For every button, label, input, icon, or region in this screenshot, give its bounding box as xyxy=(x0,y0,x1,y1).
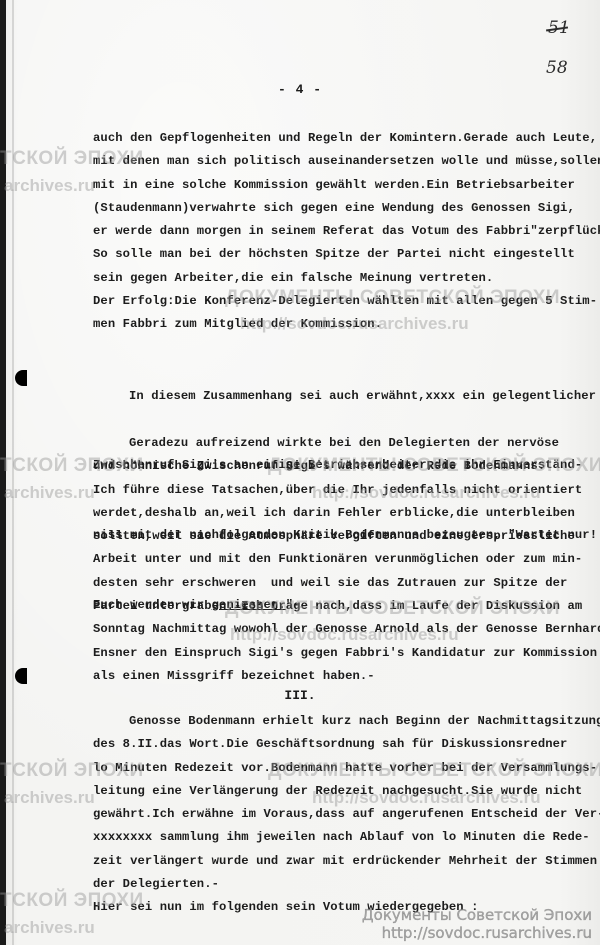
text-line: Der Erfolg:Die Konferenz-Delegierten wäh… xyxy=(93,290,593,313)
text-line: sein gegen Arbeiter,die ein falsche Mein… xyxy=(93,267,593,290)
text-line: sollten,weil sie die Atmosphäre vergifte… xyxy=(93,525,593,548)
scanned-page: 51 58 - 4 - auch den Gepflogenheiten und… xyxy=(0,0,600,945)
text-line: gewährt.Ich erwähne im Voraus,dass auf a… xyxy=(93,803,593,826)
text-line: auch den Gepflogenheiten und Regeln der … xyxy=(93,127,593,150)
text-line: zeit verlängert wurde und zwar mit erdrü… xyxy=(93,850,593,873)
text-line: der Delegierten.- xyxy=(93,873,593,896)
text-line: desten sehr erschweren und weil sie das … xyxy=(93,572,593,595)
text-line: Geradezu aufreizend wirkte bei den Deleg… xyxy=(93,432,593,455)
text-line: und höhnische Zwischenruf Sigi's während… xyxy=(93,455,593,478)
text-line: Arbeit unter und mit den Funktionären ve… xyxy=(93,548,593,571)
text-line: er werde dann morgen in seinem Referat d… xyxy=(93,220,593,243)
punch-hole-icon xyxy=(15,370,27,386)
text-line: xxxxxxxx sammlung ihm jeweilen nach Abla… xyxy=(93,826,593,849)
watermark-url: archives.ru xyxy=(4,918,95,938)
text-line: Genosse Bodenmann erhielt kurz nach Begi… xyxy=(93,710,593,733)
text-line: Ich führe diese Tatsachen,über die Ihr j… xyxy=(93,479,593,502)
text-line: (Staudenmann)verwahrte sich gegen eine W… xyxy=(93,197,593,220)
paragraph-komintern: auch den Gepflogenheiten und Regeln der … xyxy=(93,127,593,337)
text-line: Partei untergraben.-Ich trage nach,dass … xyxy=(93,595,593,618)
archive-number-current: 58 xyxy=(546,58,568,78)
scan-border xyxy=(0,0,6,945)
page-fold xyxy=(12,0,14,945)
text-line: mit in eine solche Kommission gewählt we… xyxy=(93,174,593,197)
text-line: des 8.II.das Wort.Die Geschäftsordnung s… xyxy=(93,733,593,756)
text-line: Sonntag Nachmittag wowohl der Genosse Ar… xyxy=(93,618,593,641)
paragraph-geradezu: Geradezu aufreizend wirkte bei den Deleg… xyxy=(93,432,593,688)
page-number: - 4 - xyxy=(0,82,600,97)
watermark-url: archives.ru xyxy=(4,483,95,503)
watermark-url: archives.ru xyxy=(4,788,95,808)
text-line: In diesem Zusammenhang sei auch erwähnt,… xyxy=(93,385,593,408)
archive-number-struck: 51 xyxy=(548,18,570,38)
watermark-url: archives.ru xyxy=(4,176,95,196)
text-line: werdet,deshalb an,weil ich darin Fehler … xyxy=(93,502,593,525)
footer-watermark-title: Документы Советской Эпохи xyxy=(362,906,592,924)
punch-hole-icon xyxy=(15,668,27,684)
text-line: So solle man bei der höchsten Spitze der… xyxy=(93,243,593,266)
text-line: Ensner den Einspruch Sigi's gegen Fabbri… xyxy=(93,642,593,665)
text-line: men Fabbri zum Mitglied der Kommission. xyxy=(93,313,593,336)
text-line: lo Minuten Redezeit vor.Bodenmann hatte … xyxy=(93,757,593,780)
footer-watermark-url: http://sovdoc.rusarchives.ru xyxy=(382,924,592,942)
paragraph-section-3: Genosse Bodenmann erhielt kurz nach Begi… xyxy=(93,710,593,920)
text-line: mit denen man sich politisch auseinander… xyxy=(93,150,593,173)
text-line: als einen Missgriff bezeichnet haben.- xyxy=(93,665,593,688)
section-heading: III. xyxy=(0,688,600,703)
text-line: leitung eine Verlängerung der Redezeit n… xyxy=(93,780,593,803)
